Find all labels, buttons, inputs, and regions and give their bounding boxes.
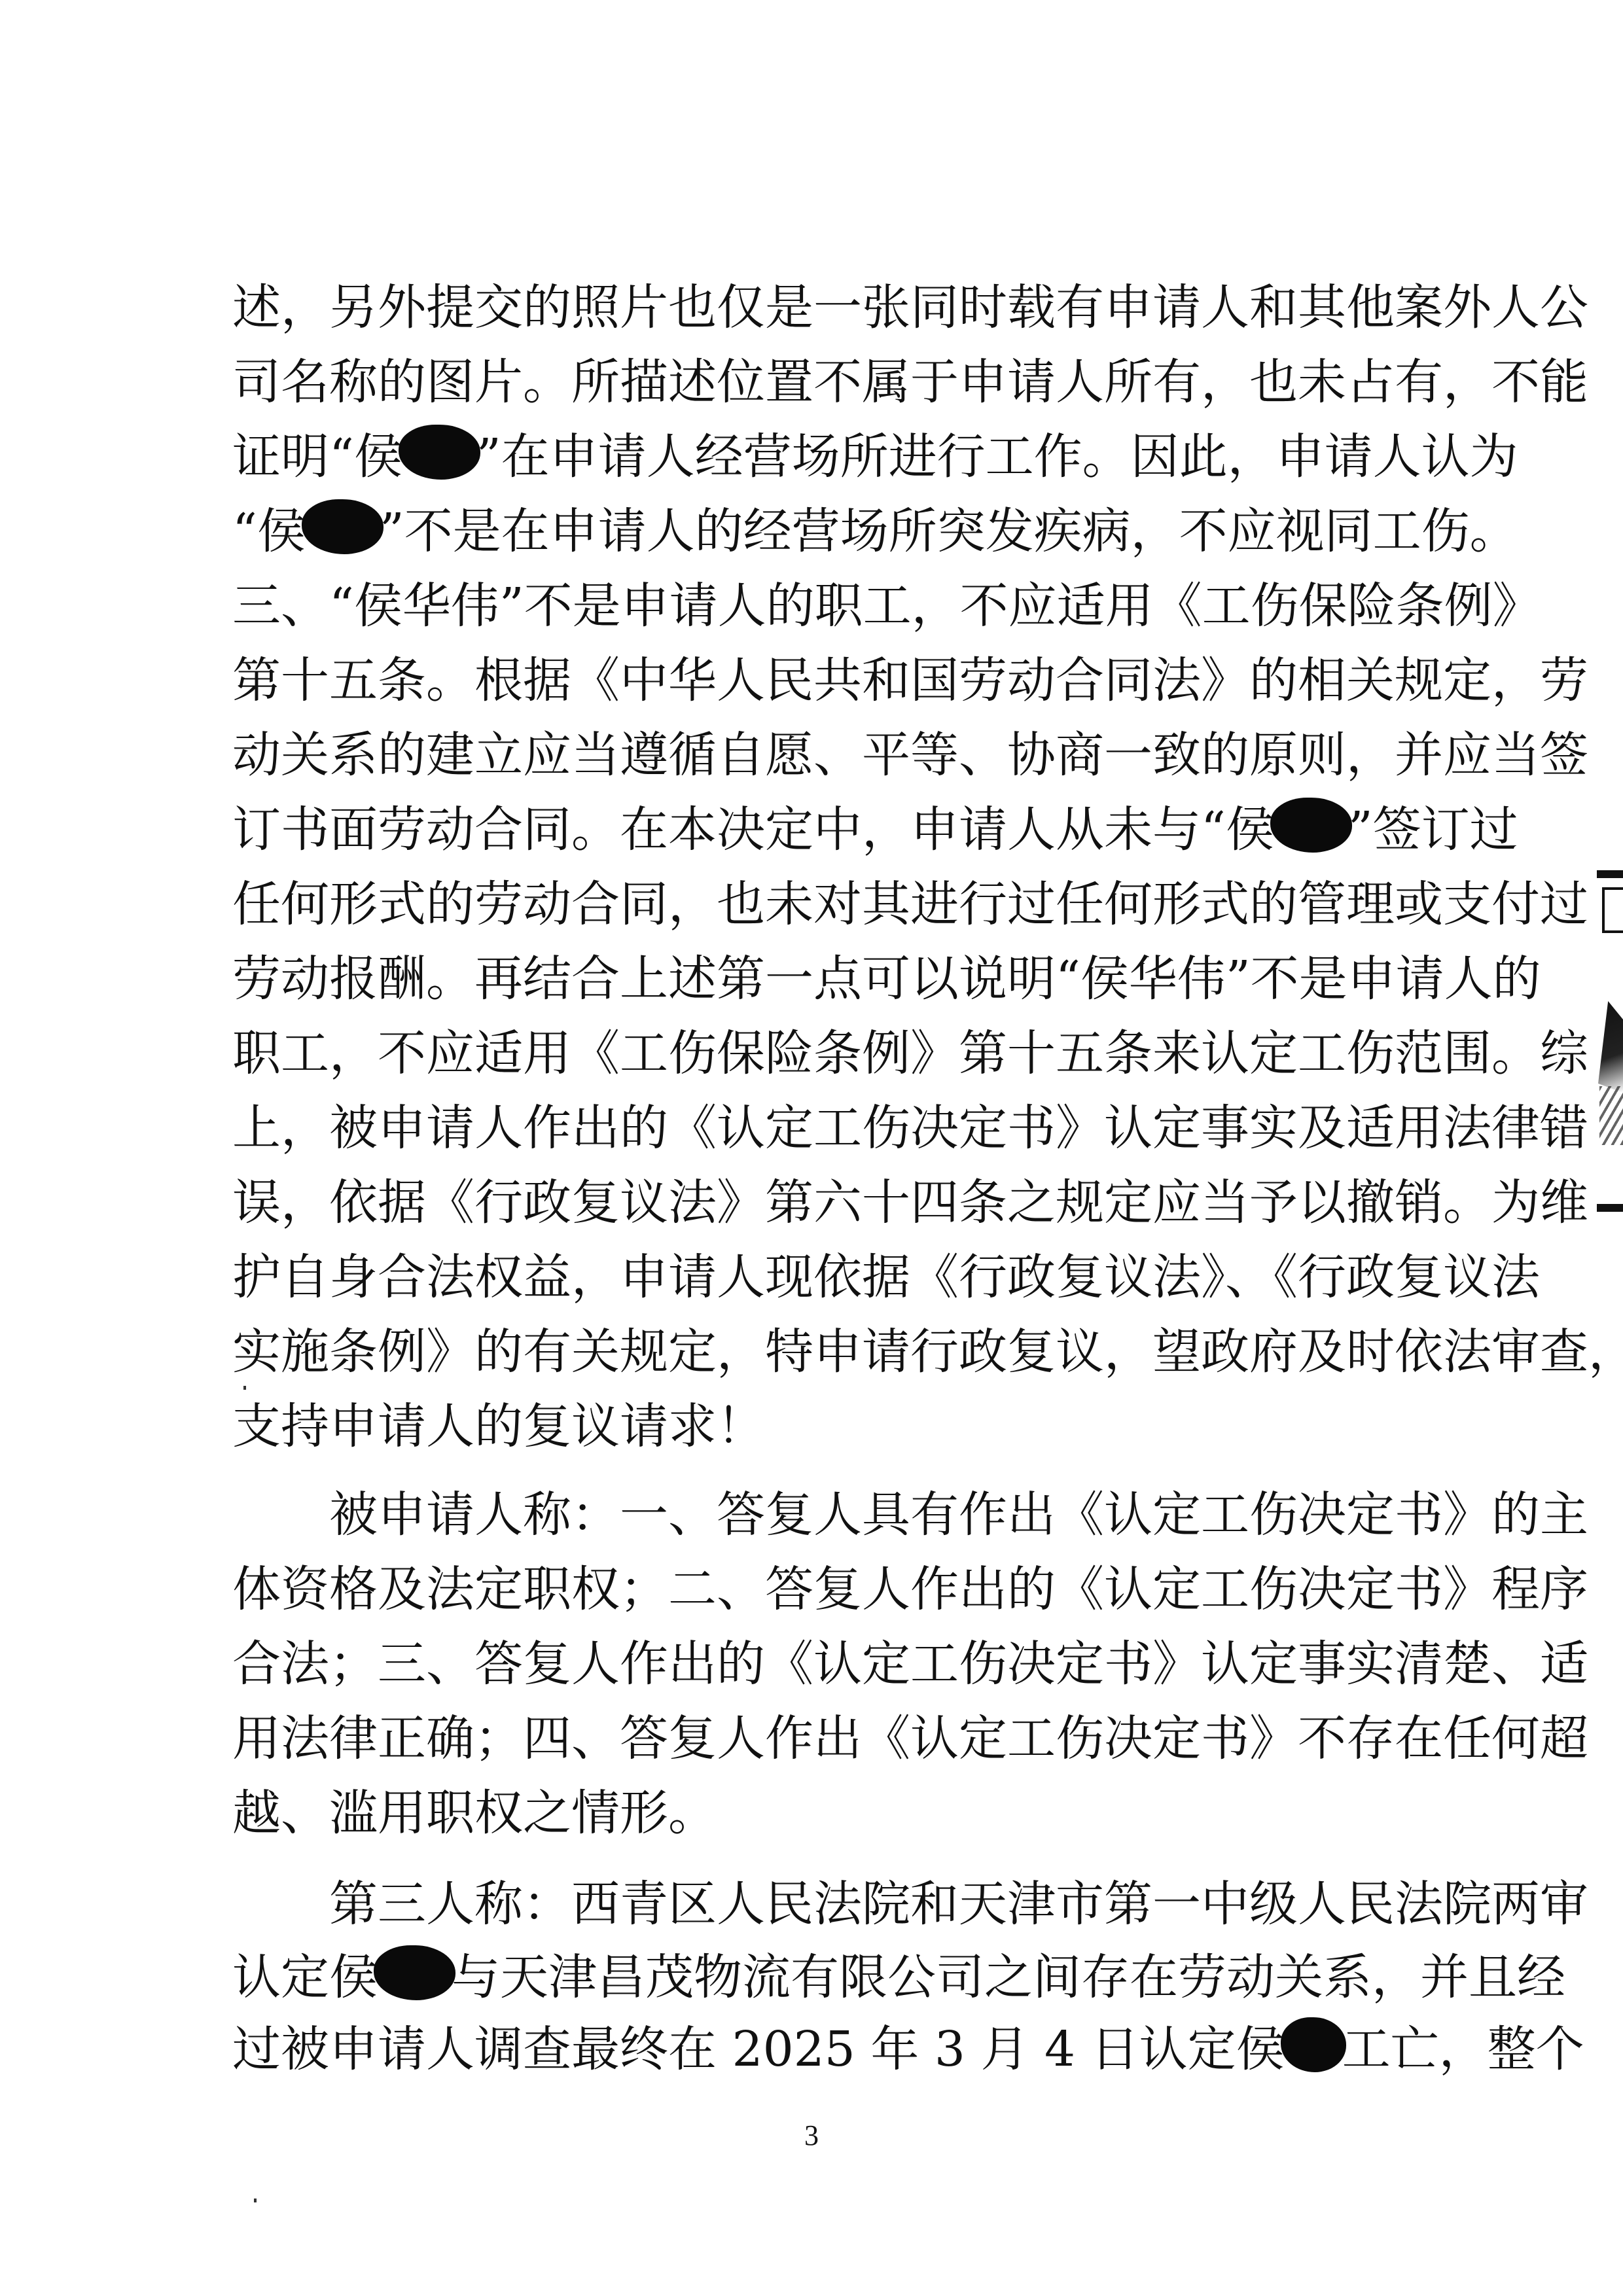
body-line: 任何形式的劳动合同，也未对其进行过任何形式的管理或支付过 [232, 872, 1450, 937]
body-line: 认定侯与天津昌茂物流有限公司之间存在劳动关系，并且经 [232, 1945, 1450, 2010]
text-fragment: 证明“侯 [232, 429, 402, 485]
page-number: 3 [0, 2119, 1623, 2152]
body-line: 第十五条。根据《中华人民共和国劳动合同法》的相关规定，劳 [232, 648, 1450, 713]
body-line: 被申请人称：一、答复人具有作出《认定工伤决定书》的主 [232, 1482, 1450, 1547]
body-line: 越、滥用职权之情形。 [232, 1780, 1450, 1846]
stamp-smudge [1599, 1086, 1623, 1145]
text-fragment: ”在申请人经营场所进行工作。因此，申请人认为 [476, 429, 1518, 485]
body-line: 第三人称：西青区人民法院和天津市第一中级人民法院两审 [232, 1871, 1450, 1937]
stamp-bar [1597, 870, 1623, 878]
stamp-blot [1598, 1001, 1623, 1093]
text-fragment: “侯 [232, 503, 306, 559]
body-line: “侯”不是在申请人的经营场所突发疾病，不应视同工伤。 [232, 499, 1450, 564]
text-fragment: 认定侯 [232, 1949, 378, 2005]
body-line: 支持申请人的复议请求！ [232, 1394, 1450, 1459]
body-line: 合法；三、答复人作出的《认定工伤决定书》认定事实清楚、适 [232, 1631, 1450, 1697]
body-line: 误，依据《行政复议法》第六十四条之规定应当予以撤销。为维 [232, 1170, 1450, 1235]
redaction-mark [1270, 798, 1352, 853]
body-line: 证明“侯”在申请人经营场所进行工作。因此，申请人认为 [232, 424, 1450, 489]
redaction-mark [374, 1945, 455, 2000]
body-line: 述，另外提交的照片也仅是一张同时载有申请人和其他案外人公 [232, 275, 1450, 340]
body-line: 上，被申请人作出的《认定工伤决定书》认定事实及适用法律错 [232, 1095, 1450, 1161]
scan-speck [254, 2199, 257, 2202]
text-fragment: ”不是在申请人的经营场所突发疾病，不应视同工伤。 [380, 503, 1518, 559]
document-page: 述，另外提交的照片也仅是一张同时载有申请人和其他案外人公 司名称的图片。所描述位… [0, 0, 1623, 2296]
stamp-box [1602, 887, 1623, 933]
stamp-bar [1597, 1204, 1623, 1212]
redaction-mark [399, 425, 480, 480]
text-fragment: 过被申请人调查最终在 2025 年 3 月 4 日认定侯 [232, 2021, 1285, 2077]
scan-speck [243, 1386, 246, 1390]
body-line: 动关系的建立应当遵循自愿、平等、协商一致的原则，并应当签 [232, 722, 1450, 788]
body-line: 劳动报酬。再结合上述第一点可以说明“侯华伟”不是申请人的 [232, 946, 1450, 1012]
body-line: 职工，不应适用《工伤保险条例》第十五条来认定工伤范围。综 [232, 1021, 1450, 1086]
body-line: 实施条例》的有关规定，特申请行政复议，望政府及时依法审查， [232, 1319, 1450, 1385]
body-line: 订书面劳动合同。在本决定中，申请人从未与“侯”签订过 [232, 797, 1450, 862]
body-line: 三、“侯华伟”不是申请人的职工，不应适用《工伤保险条例》 [232, 573, 1450, 639]
body-line: 用法律正确；四、答复人作出《认定工伤决定书》不存在任何超 [232, 1706, 1450, 1771]
body-line: 护自身合法权益，申请人现依据《行政复议法》、《行政复议法 [232, 1245, 1450, 1310]
body-line: 司名称的图片。所描述位置不属于申请人所有，也未占有，不能 [232, 349, 1450, 415]
text-fragment: 与天津昌茂物流有限公司之间存在劳动关系，并且经 [452, 1949, 1565, 2005]
body-line: 体资格及法定职权；二、答复人作出的《认定工伤决定书》程序 [232, 1557, 1450, 1622]
redaction-mark [1281, 2017, 1346, 2072]
redaction-mark [302, 499, 383, 554]
text-fragment: 工亡，整个 [1342, 2021, 1584, 2077]
body-line: 过被申请人调查最终在 2025 年 3 月 4 日认定侯工亡，整个 [232, 2017, 1450, 2082]
seam-stamp [1597, 870, 1623, 1224]
text-fragment: ”签订过 [1348, 802, 1518, 858]
text-fragment: 订书面劳动合同。在本决定中，申请人从未与“侯 [232, 802, 1274, 858]
